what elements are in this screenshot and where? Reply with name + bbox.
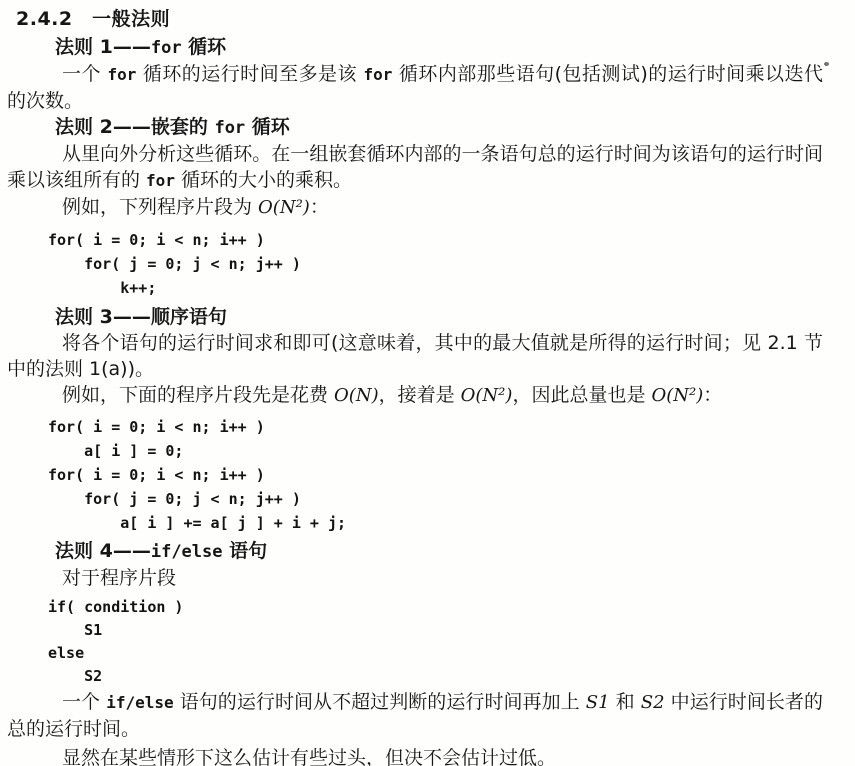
closing-paragraph: 显然在某些情形下这么估计有些过头，但决不会估计过低。: [7, 745, 823, 766]
rule3-heading: 法则 3——顺序语句: [55, 304, 823, 330]
code-block-consecutive: for( i = 0; i < n; i++ ) a[ i ] = 0; for…: [48, 415, 823, 535]
rule2-paragraph: 从里向外分析这些循环。在一组嵌套循环内部的一条语句总的运行时间为该语句的运行时间…: [7, 141, 823, 194]
rule3-paragraph: 将各个语句的运行时间求和即可(这意味着，其中的最大值就是所得的运行时间；见 2.…: [7, 330, 823, 382]
example1-intro: 例如，下列程序片段为 O(N²)：: [7, 194, 823, 221]
code-block-ifelse: if( condition ) S1 else S2: [48, 596, 823, 688]
book-page: 2.4.2 一般法则 法则 1——for 循环 一个 for 循环的运行时间至多…: [0, 0, 855, 766]
example2-intro: 例如，下面的程序片段先是花费 O(N)，接着是 O(N²)，因此总量也是 O(N…: [7, 382, 823, 409]
section-heading: 2.4.2 一般法则: [16, 6, 823, 33]
rule4-heading: 法则 4——if/else 语句: [55, 538, 823, 565]
rule1-paragraph: 一个 for 循环的运行时间至多是该 for 循环内部那些语句(包括测试)的运行…: [7, 61, 823, 114]
ifelse-paragraph: 一个 if/else 语句的运行时间从不超过判断的运行时间再加上 S1 和 S2…: [7, 689, 823, 742]
rule2-heading: 法则 2——嵌套的 for 循环: [55, 114, 823, 141]
rule4-intro: 对于程序片段: [7, 565, 823, 591]
code-block-nested-for: for( i = 0; i < n; i++ ) for( j = 0; j <…: [48, 228, 823, 300]
scan-speck: [824, 62, 829, 66]
rule1-heading: 法则 1——for 循环: [55, 34, 823, 61]
